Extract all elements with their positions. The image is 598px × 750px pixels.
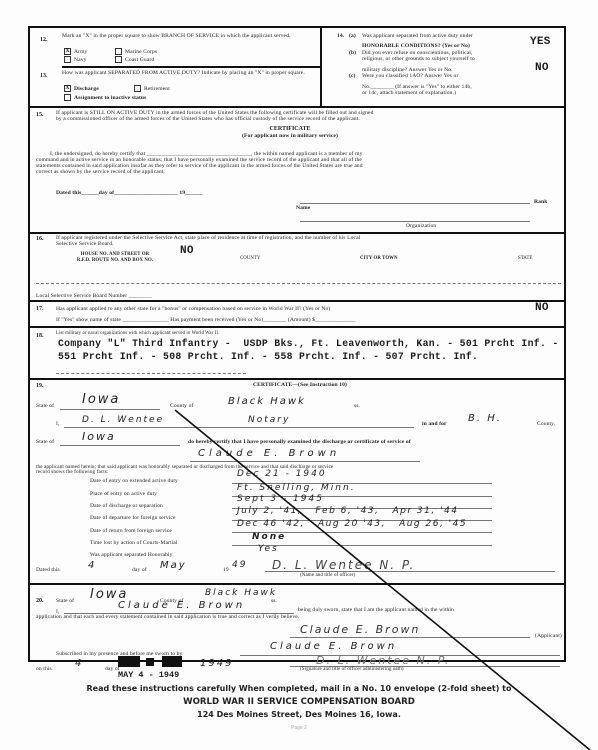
divider [29, 326, 565, 328]
section-16-text: If applicant registered under the Select… [56, 235, 561, 241]
divider [29, 583, 565, 585]
fact-label: Time lost by action of Courts-Martial [90, 540, 178, 546]
applicant-name[interactable]: Claude E. Brown [198, 448, 340, 459]
option-navy[interactable]: Navy [64, 56, 87, 63]
item-b-label: (b) [349, 50, 356, 56]
item-a-label: (a) [349, 33, 356, 39]
signature-caption: (Name and title of officer) [300, 573, 355, 579]
fact-value[interactable]: Dec 46 '42, Aug 20 '43, Aug 26, '45 [237, 519, 467, 529]
in-and-for-label: in and for [422, 421, 447, 427]
section-15-text: by a commissioned officer of the armed f… [56, 116, 561, 122]
fact-value[interactable]: Sept 3 - 1945 [237, 494, 324, 504]
column-label: R.F.D. ROUTE NO. AND BOX NO. [60, 258, 170, 264]
fact-label: Date of discharge or separation [90, 503, 163, 509]
state-of-label: State of [56, 598, 74, 604]
county-value[interactable]: Black Hawk [228, 396, 306, 407]
item-a-text: Was applicant separated from active duty… [362, 33, 473, 39]
notary-line [64, 427, 414, 428]
organizations-line-3[interactable] [56, 373, 246, 374]
form-page: 12. Mark an "X" in the proper square to … [0, 0, 598, 750]
on-this-label: on this [36, 666, 52, 672]
column-state: STATE [518, 256, 533, 262]
option-inactive-status[interactable]: Assignment to inactive status [64, 94, 146, 101]
divider [29, 378, 565, 380]
option-coast-guard[interactable]: Coast Guard [115, 56, 154, 63]
section-number: 17. [36, 306, 44, 312]
applicant-signature-line [290, 637, 530, 638]
option-label: Discharge [74, 86, 99, 92]
section-16-text: Selective Service Board. [56, 241, 114, 247]
county-of-label: County of [170, 403, 193, 409]
state-of-label: State of [36, 403, 54, 409]
officer-signature[interactable]: D. L. Wentee N. P. [272, 558, 415, 572]
certificate-title: CERTIFICATE—(See Instruction 10) [200, 382, 400, 388]
fact-label: Date of entry on extended active duty [90, 478, 178, 484]
certificate-subtitle: (For applicant now in military service) [200, 133, 380, 139]
item-a-text: HONORABLE CONDITIONS? (Yes or No) [362, 43, 470, 49]
fact-label: Was applicant separated Honorably [90, 552, 173, 558]
dated-month[interactable]: May [160, 560, 187, 571]
certificate-body: record shows the following facts: [36, 469, 108, 475]
dated-line[interactable]: Dated this______day of__________________… [56, 190, 203, 196]
checkbox-marine-corps[interactable] [115, 48, 122, 55]
divider [29, 106, 565, 108]
redaction-block [118, 656, 140, 667]
sworn-text: application and that each and every stat… [36, 614, 299, 620]
fact-value[interactable]: None [252, 532, 286, 542]
dated-year[interactable]: 49 [232, 560, 247, 570]
answer-other-bonus[interactable]: NO [535, 302, 549, 314]
certify-text: do hereby certify that I have personally… [188, 439, 411, 445]
date-stamp: MAY 4 - 1949 [118, 670, 179, 680]
county-label: County, [537, 421, 555, 427]
option-army[interactable]: XArmy [64, 48, 87, 55]
section-number: 12. [40, 37, 48, 43]
section-13-prompt: How was applicant SEPARATED FROM ACTIVE … [62, 70, 314, 76]
fact-value[interactable]: Yes [258, 544, 279, 554]
signature-line [265, 571, 555, 572]
footer-instructions: Read these instructions carefully When c… [0, 684, 598, 693]
footer-board-name: WORLD WAR II SERVICE COMPENSATION BOARD [0, 697, 598, 707]
checkbox-navy[interactable] [64, 56, 71, 63]
organizations-line-2[interactable]: 551 Prcht Inf. - 508 Prcht. Inf. - 558 P… [58, 351, 478, 362]
checkbox-army[interactable]: X [64, 48, 71, 55]
state-line [60, 409, 160, 410]
option-marine-corps[interactable]: Marine Corps [115, 48, 157, 55]
certificate-title: CERTIFICATE [220, 126, 360, 133]
state-value[interactable]: Iowa [82, 392, 120, 407]
answer-refused-discipline[interactable]: NO [535, 62, 549, 74]
state-of-label: State of [36, 439, 54, 445]
section-17-text[interactable]: If "Yes" show name of state ____________… [56, 317, 356, 323]
option-label: Assignment to inactive status [74, 95, 146, 101]
column-house: HOUSE NO. AND STREET ORR.F.D. ROUTE NO. … [60, 252, 170, 265]
section-12-prompt: Mark an "X" in the proper square to show… [62, 33, 312, 39]
option-label: Army [74, 49, 87, 55]
section-18-prompt: List military or naval organizations wit… [56, 331, 219, 337]
name-line[interactable] [300, 203, 530, 204]
column-city: CITY OR TOWN [360, 256, 398, 262]
divider [29, 300, 565, 302]
item-c-label: (c) [349, 73, 356, 79]
option-label: Retirement [144, 86, 170, 92]
option-discharge[interactable]: XDischarge [64, 85, 99, 92]
dated-label: Dated this [36, 567, 60, 573]
on-this-day[interactable]: 4 [75, 658, 83, 669]
section-number: 19. [36, 383, 44, 389]
checkbox-inactive-status[interactable] [64, 94, 71, 101]
fact-value[interactable]: Dec 21 - 1940 [237, 469, 327, 479]
day-of-label: day of [132, 567, 147, 573]
divider-vertical [320, 27, 322, 107]
year-value[interactable]: 1949 [200, 658, 233, 669]
section-number: 13. [40, 73, 48, 79]
notary-name[interactable]: D. L. Wentee [82, 415, 164, 425]
residence-line[interactable] [36, 283, 561, 284]
footer-address: 124 Des Moines Street, Des Moines 16, Io… [0, 710, 598, 719]
fact-label: Place of entry on active duty [90, 491, 157, 497]
organizations-line-1[interactable]: Company "L" Third Infantry - USDP Bks., … [58, 338, 559, 349]
section-number: 18. [36, 333, 44, 339]
answer-selective-service[interactable]: NO [180, 245, 194, 257]
section-number: 16. [36, 236, 44, 242]
option-retirement[interactable]: Retirement [134, 85, 170, 92]
section-number: 14. [337, 33, 344, 39]
subscribed-name[interactable]: Claude E. Brown [270, 641, 397, 652]
redaction-block [146, 658, 154, 666]
option-label: Navy [74, 57, 87, 63]
organization-line[interactable] [300, 221, 530, 222]
ss-label: ss. [354, 403, 360, 409]
checkbox-coast-guard[interactable] [115, 56, 122, 63]
answer-honorable[interactable]: YES [530, 36, 551, 48]
divider [29, 232, 565, 234]
section-17-text: Has applicant applied to any other state… [56, 306, 330, 312]
divider [62, 66, 320, 68]
option-label: Marine Corps [125, 49, 157, 55]
checkbox-retirement[interactable] [134, 85, 141, 92]
year-prefix: 19 [223, 567, 229, 573]
page-number: Page 2 [0, 725, 598, 731]
fact-value[interactable]: July 2, '41, Feb 6, '43, Apr 31, '44 [237, 506, 459, 516]
fact-label: Date of departure for foreign service [90, 515, 176, 521]
board-number-label[interactable]: Local Selective Service Board Number ___… [36, 293, 152, 299]
item-c-text: Were you classified 1AO? Answer Yes or [362, 73, 458, 79]
state-line [60, 445, 180, 446]
in-and-for-value[interactable]: B. H. [468, 413, 502, 424]
county-value[interactable]: Black Hawk [205, 588, 277, 598]
applicant-signature[interactable]: Claude E. Brown [300, 623, 420, 636]
fact-value[interactable]: Ft. Snelling, Minn. [237, 483, 356, 493]
officer-caption: (Signature and title of officer administ… [300, 667, 404, 673]
organization-label: Organization [406, 223, 436, 229]
state-value-2[interactable]: Iowa [82, 430, 116, 443]
redaction-block [162, 656, 182, 667]
section-number: 20. [36, 598, 44, 604]
i-label: I, [56, 421, 59, 427]
notary-title[interactable]: Notary [248, 415, 290, 425]
certificate-body: correct as shown by the service record o… [36, 169, 561, 175]
applicant-caption: (Applicant) [535, 633, 562, 639]
sworn-text: being duly sworn, state that I am the ap… [298, 607, 454, 613]
fact-label: Date of return from foreign service [90, 528, 172, 534]
section-number: 15. [36, 112, 44, 118]
name-label: Name [296, 205, 310, 211]
dated-day[interactable]: 4 [88, 560, 96, 571]
checkbox-discharge[interactable]: X [64, 85, 71, 92]
ss-label: ss. [271, 598, 277, 604]
applicant-name[interactable]: Claude E. Brown [118, 600, 245, 611]
item-b-text: religious, or other grounds to subject y… [362, 56, 475, 62]
applicant-name-line [190, 461, 420, 462]
rank-label: Rank [534, 199, 547, 205]
column-county: COUNTY [240, 256, 261, 262]
option-label: Coast Guard [125, 57, 154, 63]
item-c-text: or 14c, attach statement of explanation.… [362, 90, 456, 96]
